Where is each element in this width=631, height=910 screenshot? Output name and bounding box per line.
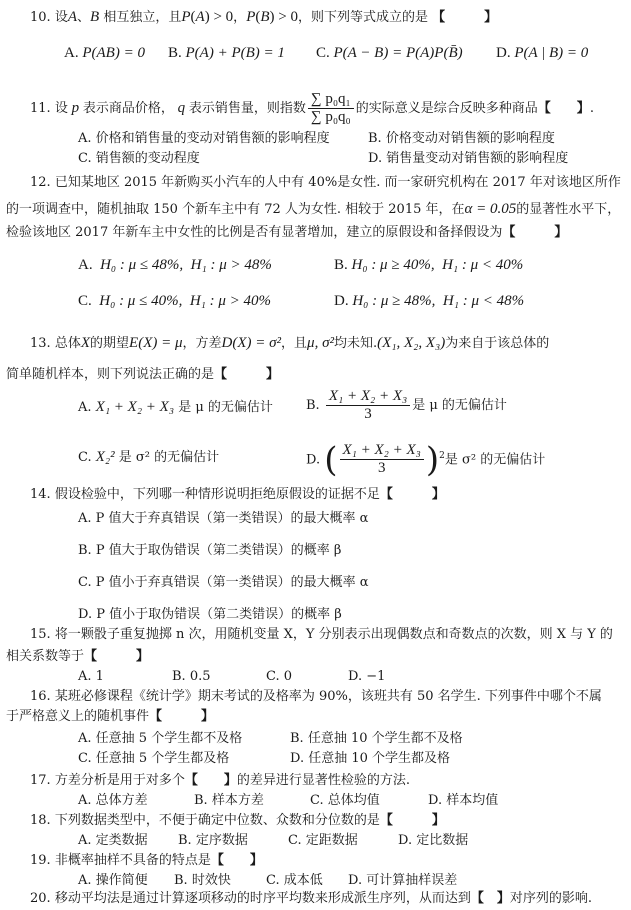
question-15-option-b[interactable]: B. 0.5 (172, 668, 211, 686)
question-16-option-d[interactable]: D. 任意抽 10 个学生都及格 (290, 750, 450, 768)
answer-blank[interactable]: 【 】 (149, 709, 214, 724)
question-17-option-a[interactable]: A. 总体方差 (78, 792, 148, 810)
question-14-option-c[interactable]: C. P 值小于弃真错误（第一类错误）的最大概率 α (78, 574, 369, 592)
question-12-option-d[interactable]: D. H₀ : μ ≥ 48%, H₁ : μ < 48% (334, 292, 524, 310)
question-19-option-a[interactable]: A. 操作简便 (78, 872, 148, 890)
question-12-option-a[interactable]: A. H₀ : μ ≤ 48%, H₁ : μ > 48% (78, 256, 272, 274)
question-14-option-a[interactable]: A. P 值大于弃真错误（第一类错误）的最大概率 α (78, 510, 368, 528)
question-18-stem: 18. 下列数据类型中，不便于确定中位数、众数和分位数的是【 】 (30, 812, 445, 830)
question-16-stem-line1: 16. 某班必修课程《统计学》期末考试的及格率为 90%，该班共有 50 名学生… (30, 688, 602, 706)
question-13-stem-line1: 13. 总体X的期望E(X) = μ，方差D(X) = σ²，且μ, σ²均未知… (30, 334, 549, 353)
question-12-stem-line1: 12. 已知某地区 2015 年新购买小汽车的人中有 40%是女性. 而一家研究… (30, 174, 621, 192)
question-12-option-b[interactable]: B. H₀ : μ ≥ 40%, H₁ : μ < 40% (334, 256, 523, 274)
answer-blank[interactable]: 【 】 (432, 10, 497, 25)
question-20-stem: 20. 移动平均法是通过计算逐项移动的时序平均数来形成派生序列，从而达到【 】对… (30, 890, 592, 908)
answer-blank[interactable]: 【 】 (84, 649, 149, 664)
question-14-option-d[interactable]: D. P 值小于取伪错误（第二类错误）的概率 β (78, 606, 342, 624)
question-18-option-b[interactable]: B. 定序数据 (178, 832, 248, 850)
question-13-option-d[interactable]: D. (X₁ + X₂ + X₃3)2是 σ² 的无偏估计 (306, 436, 545, 480)
question-11-option-d[interactable]: D. 销售量变动对销售额的影响程度 (368, 150, 568, 168)
answer-blank[interactable]: 【 】 (502, 225, 567, 240)
question-16-option-a[interactable]: A. 任意抽 5 个学生都不及格 (78, 730, 242, 748)
question-14-stem: 14. 假设检验中，下列哪一种情形说明拒绝原假设的证据不足【 】 (30, 486, 445, 504)
question-19-option-d[interactable]: D. 可计算抽样误差 (348, 872, 457, 890)
question-16-option-c[interactable]: C. 任意抽 5 个学生都及格 (78, 750, 229, 768)
question-15-option-d[interactable]: D. −1 (348, 668, 385, 686)
question-17-option-c[interactable]: C. 总体均值 (310, 792, 380, 810)
question-18-option-a[interactable]: A. 定类数据 (78, 832, 148, 850)
answer-blank[interactable]: 【 】 (538, 101, 590, 116)
question-16-stem-line2: 于严格意义上的随机事件【 】 (6, 708, 214, 726)
question-15-option-c[interactable]: C. 0 (266, 668, 292, 686)
answer-blank[interactable]: 【 】 (214, 367, 279, 382)
question-18-option-c[interactable]: C. 定距数据 (288, 832, 358, 850)
question-17-option-d[interactable]: D. 样本均值 (428, 792, 498, 810)
question-12-option-c[interactable]: C. H₀ : μ ≤ 40%, H₁ : μ > 40% (78, 292, 271, 310)
question-18-option-d[interactable]: D. 定比数据 (398, 832, 468, 850)
question-19-stem: 19. 非概率抽样不具备的特点是【 】 (30, 852, 263, 870)
answer-blank[interactable]: 【 】 (185, 773, 237, 788)
question-13-stem-line2: 简单随机样本，则下列说法正确的是【 】 (6, 366, 279, 384)
question-10-stem: 10. 设A、B 相互独立，且P(A) > 0，P(B) > 0，则下列等式成立… (30, 8, 497, 27)
question-17-option-b[interactable]: B. 样本方差 (194, 792, 264, 810)
question-11-option-a[interactable]: A. 价格和销售量的变动对销售额的影响程度 (78, 130, 330, 148)
question-13-option-b[interactable]: B. X₁ + X₂ + X₃3是 μ 的无偏估计 (306, 386, 507, 426)
question-16-option-b[interactable]: B. 任意抽 10 个学生都不及格 (290, 730, 463, 748)
question-10-option-c[interactable]: C. P(A − B) = P(A)P(B̄) (316, 44, 463, 62)
question-11-option-c[interactable]: C. 销售额的变动程度 (78, 150, 200, 168)
question-15-option-a[interactable]: A. 1 (78, 668, 104, 686)
question-15-stem-line1: 15. 将一颗骰子重复抛掷 n 次，用随机变量 X，Y 分别表示出现偶数点和奇数… (30, 626, 613, 644)
question-12-stem-line2: 的一项调查中，随机抽取 150 个新车主中有 72 人为女性. 相较于 2015… (6, 200, 620, 219)
question-10-option-d[interactable]: D. P(A | B) = 0 (496, 44, 588, 62)
question-11-stem: 11. 设 p 表示商品价格， q 表示销售量，则指数∑ p₀q₁∑ p₀q₀的… (30, 88, 594, 129)
question-11-option-b[interactable]: B. 价格变动对销售额的影响程度 (368, 130, 555, 148)
question-10-option-a[interactable]: A. P(AB) = 0 (64, 44, 145, 62)
answer-blank[interactable]: 【 】 (380, 487, 445, 502)
question-19-option-b[interactable]: B. 时效快 (174, 872, 231, 890)
question-15-stem-line2: 相关系数等于【 】 (6, 648, 149, 666)
question-13-option-a[interactable]: A. X₁ + X₂ + X₃ 是 μ 的无偏估计 (78, 398, 273, 417)
index-fraction: ∑ p₀q₁∑ p₀q₀ (308, 91, 354, 126)
question-14-option-b[interactable]: B. P 值大于取伪错误（第二类错误）的概率 β (78, 542, 341, 560)
answer-blank[interactable]: 【 】 (471, 891, 510, 906)
answer-blank[interactable]: 【 】 (380, 813, 445, 828)
question-17-stem: 17. 方差分析是用于对多个【 】的差异进行显著性检验的方法. (30, 772, 410, 790)
question-10-option-b[interactable]: B. P(A) + P(B) = 1 (168, 44, 285, 62)
question-12-stem-line3: 检验该地区 2017 年新车主中女性的比例是否有显著增加，建立的原假设和备择假设… (6, 224, 567, 242)
question-13-option-c[interactable]: C. X₂² 是 σ² 的无偏估计 (78, 448, 219, 467)
answer-blank[interactable]: 【 】 (211, 853, 263, 868)
question-19-option-c[interactable]: C. 成本低 (266, 872, 323, 890)
